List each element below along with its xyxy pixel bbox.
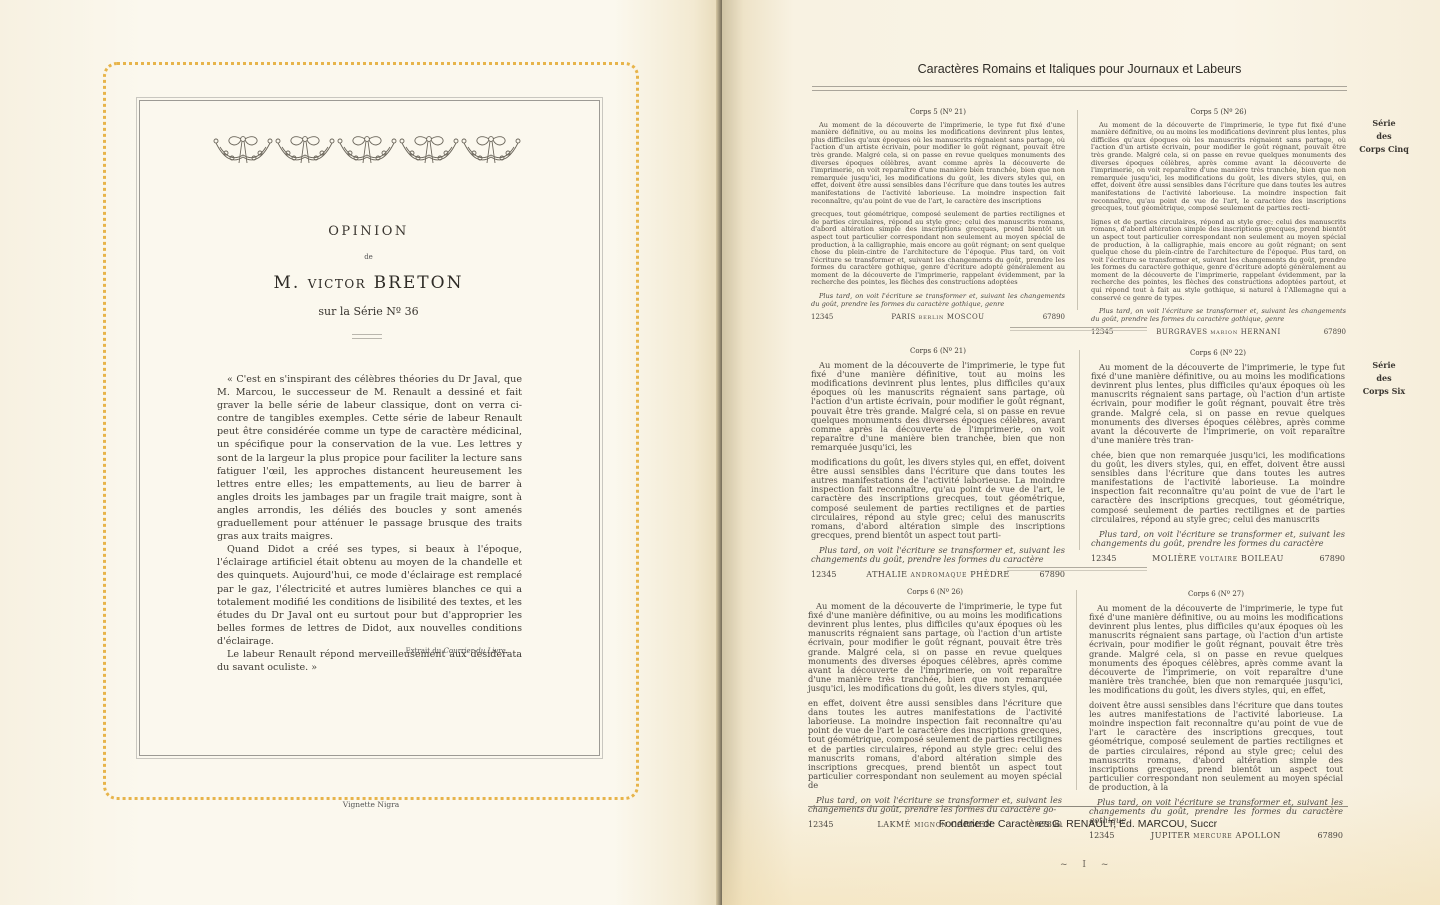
specimen-corps6-n22: Corps 6 (Nº 22) Au moment de la découver… — [1091, 349, 1345, 564]
series-label-corps-cinq: Série des Corps Cinq — [1349, 117, 1419, 156]
right-page-header: Caractères Romains et Italiques pour Jou… — [812, 62, 1347, 76]
author-name: M. Victor BRETON — [139, 273, 598, 293]
name-last: BRETON — [374, 273, 464, 293]
footer-rule — [808, 806, 1348, 807]
left-page: OPINION de M. Victor BRETON sur la Série… — [0, 0, 722, 905]
short-double-rule — [352, 334, 382, 339]
quote-paragraph: « C'est en s'inspirant des célèbres théo… — [217, 373, 522, 543]
section-rule — [1010, 327, 1147, 331]
column-divider — [1077, 110, 1078, 310]
vignette-caption: Vignette Nigra — [103, 800, 639, 809]
opinion-subtitle: sur la Série Nº 36 — [139, 305, 598, 318]
quote-block: « C'est en s'inspirant des célèbres théo… — [217, 373, 522, 674]
specimen-corps6-n21: Corps 6 (Nº 21) Au moment de la découver… — [811, 347, 1065, 580]
name-prefix: M. — [274, 273, 308, 293]
ribbon-garland-ornament-icon — [212, 133, 522, 171]
name-first: Victor — [308, 277, 366, 291]
page-number-mark: ~ I ~ — [1060, 860, 1114, 870]
specimen-corps5-n26: Corps 5 (Nº 26) Au moment de la découver… — [1091, 109, 1346, 338]
series-label-corps-six: Série des Corps Six — [1349, 359, 1419, 398]
section-rule — [1007, 567, 1147, 571]
column-divider — [1079, 350, 1080, 550]
specimen-corps6-n27: Corps 6 (Nº 27) Au moment de la découver… — [1089, 590, 1343, 841]
quote-paragraph: Quand Didot a créé ses types, si beaux à… — [217, 543, 522, 648]
specimen-corps5-n21: Corps 5 (Nº 21) Au moment de la découver… — [811, 109, 1065, 323]
foundry-footer: Fonderie de Caractères G. RENAULT, Ed. M… — [808, 818, 1348, 830]
specimen-corps6-n26: Corps 6 (Nº 26) Au moment de la découver… — [808, 588, 1062, 830]
quote-source: Extrait du Courrier du Livre. — [300, 647, 508, 655]
opinion-de: de — [139, 253, 598, 261]
opinion-title: OPINION — [139, 224, 598, 239]
column-divider — [1076, 590, 1077, 790]
header-double-rule — [812, 86, 1347, 91]
